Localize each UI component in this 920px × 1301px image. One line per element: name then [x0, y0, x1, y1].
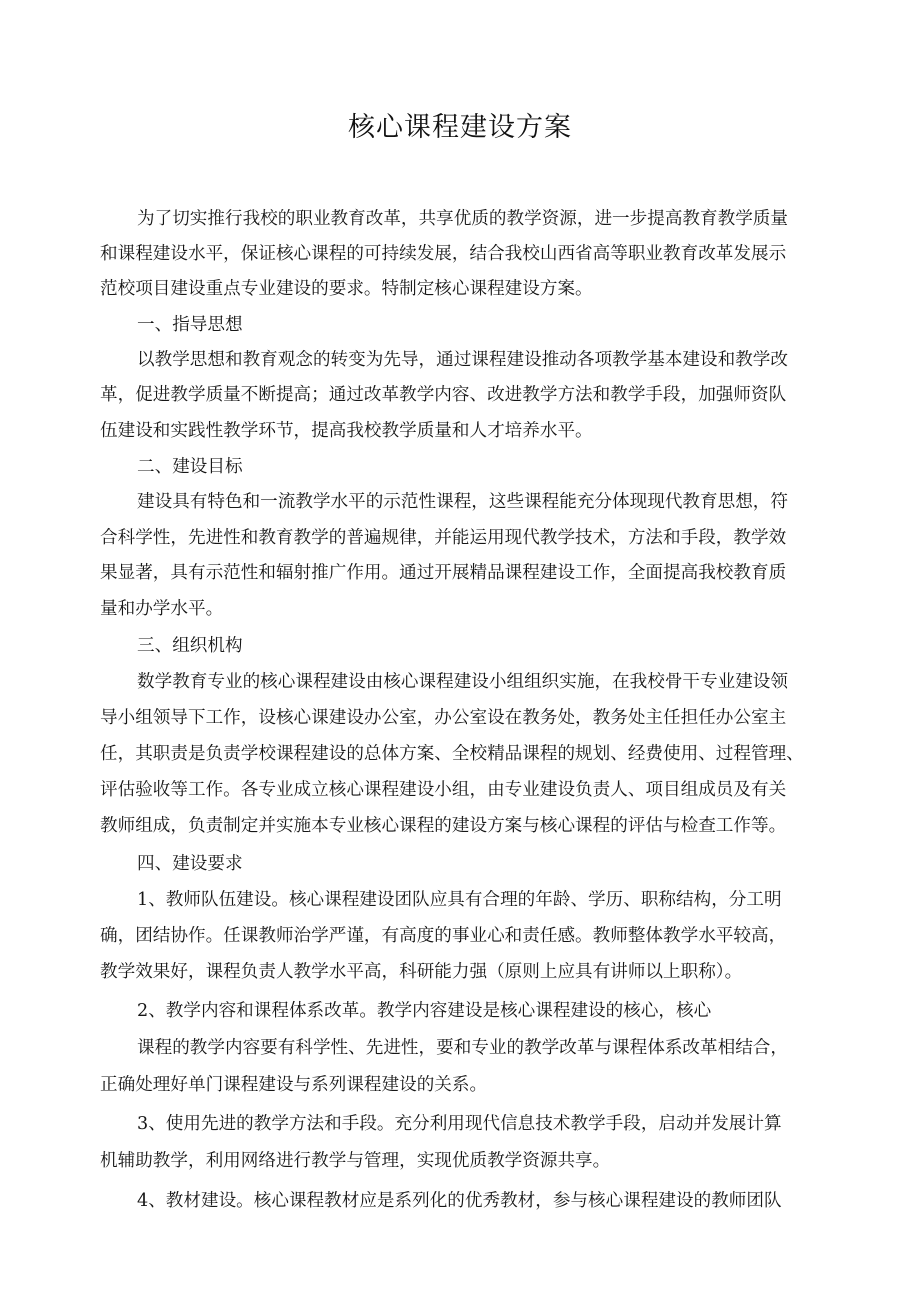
paragraph-line: 确，团结协作。任课教师治学严谨，有高度的事业心和责任感。教师整体教学水平较高，: [100, 925, 786, 947]
paragraph-line: 1、教师队伍建设。核心课程建设团队应具有合理的年龄、学历、职称结构，分工明: [137, 889, 782, 911]
paragraph-line: 伍建设和实践性教学环节，提高我校教学质量和人才培养水平。: [100, 420, 593, 442]
paragraph-line: 为了切实推行我校的职业教育改革，共享优质的教学资源，进一步提高教育教学质量: [137, 208, 788, 230]
paragraph-line: 课程的教学内容要有科学性、先进性，要和专业的教学改革与课程体系改革相结合，: [137, 1037, 788, 1059]
paragraph-line: 数学教育专业的核心课程建设由核心课程建设小组组织实施，在我校骨干专业建设领: [137, 671, 788, 693]
paragraph-line: 革，促进教学质量不断提高；通过改革教学内容、改进教学方法和教学手段，加强师资队: [100, 384, 786, 406]
paragraph-line: 4、教材建设。核心课程教材应是系列化的优秀教材，参与核心课程建设的教师团队: [137, 1190, 782, 1212]
paragraph-line: 3、使用先进的教学方法和手段。充分利用现代信息技术教学手段，启动并发展计算: [137, 1113, 782, 1135]
paragraph-line: 任，其职责是负责学校课程建设的总体方案、全校精品课程的规划、经费使用、过程管理、: [100, 743, 804, 765]
paragraph-line: 和课程建设水平，保证核心课程的可持续发展，结合我校山西省高等职业教育改革发展示: [100, 243, 786, 265]
paragraph-line: 2、教学内容和课程体系改革。教学内容建设是核心课程建设的核心，核心: [137, 1000, 711, 1022]
paragraph-line: 教师组成，负责制定并实施本专业核心课程的建设方案与核心课程的评估与检查工作等。: [100, 815, 786, 837]
paragraph-line: 导小组领导下工作，设核心课建设办公室，办公室设在教务处，教务处主任担任办公室主: [100, 707, 786, 729]
paragraph-line: 三、组织机构: [137, 635, 243, 657]
paragraph-line: 合科学性，先进性和教育教学的普遍规律，并能运用现代教学技术，方法和手段，教学效: [100, 527, 786, 549]
paragraph-line: 评估验收等工作。各专业成立核心课程建设小组，由专业建设负责人、项目组成员及有关: [100, 779, 786, 801]
paragraph-line: 四、建设要求: [137, 853, 243, 875]
paragraph-line: 以教学思想和教育观念的转变为先导，通过课程建设推动各项教学基本建设和教学改: [137, 349, 788, 371]
paragraph-line: 正确处理好单门课程建设与系列课程建设的关系。: [100, 1074, 487, 1096]
paragraph-line: 量和办学水平。: [100, 598, 223, 620]
paragraph-line: 一、指导思想: [137, 314, 243, 336]
paragraph-line: 范校项目建设重点专业建设的要求。特制定核心课程建设方案。: [100, 278, 593, 300]
paragraph-line: 二、建设目标: [137, 456, 243, 478]
document-page: 核心课程建设方案 为了切实推行我校的职业教育改革，共享优质的教学资源，进一步提高…: [0, 0, 920, 1301]
paragraph-line: 果显著，具有示范性和辐射推广作用。通过开展精品课程建设工作，全面提高我校教育质: [100, 562, 786, 584]
paragraph-line: 教学效果好，课程负责人教学水平高，科研能力强（原则上应具有讲师以上职称）。: [100, 961, 742, 983]
paragraph-line: 建设具有特色和一流教学水平的示范性课程，这些课程能充分体现现代教育思想，符: [137, 491, 788, 513]
document-title: 核心课程建设方案: [0, 108, 920, 148]
paragraph-line: 机辅助教学，利用网络进行教学与管理，实现优质教学资源共享。: [100, 1150, 610, 1172]
